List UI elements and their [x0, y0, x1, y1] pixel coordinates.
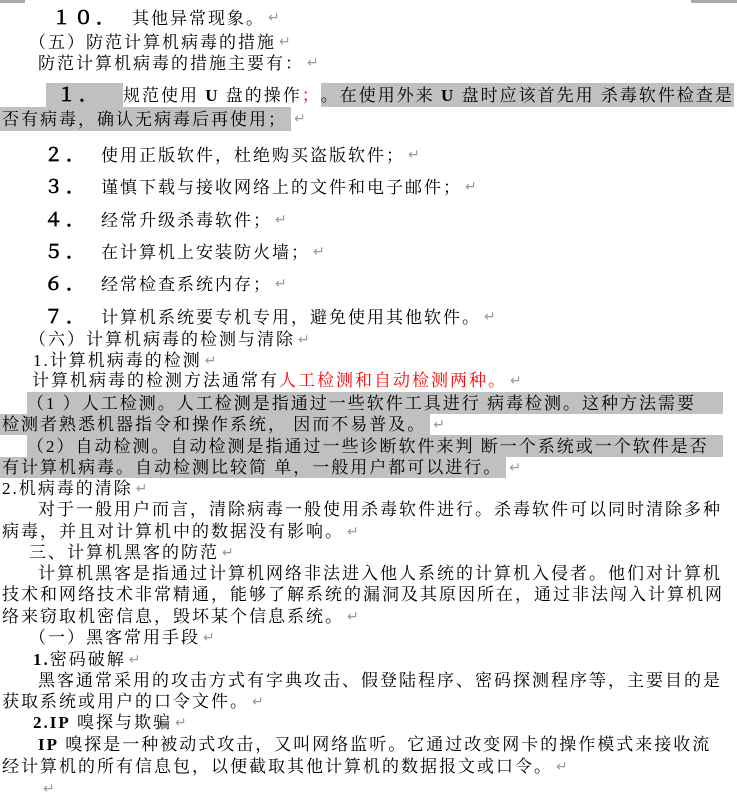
text-run: 经常升级杀毒软件；: [101, 212, 272, 229]
document-page[interactable]: １０． 其他异常现象。 ↵ （五）防范计算机病毒的措施 ↵ 防范计算机病毒的措施…: [0, 0, 737, 799]
sub-heading-line: 1. 密码破解 ↵: [0, 649, 737, 670]
body-line: IP 嗅探是一种被动式攻击，又叫网络监听。它通过改变网卡的操作模式来接收流: [0, 734, 737, 755]
text-run: 谨慎下载与接收网络上的文件和电子邮件；: [101, 179, 462, 196]
text-run: U: [441, 87, 455, 104]
paragraph-mark: ↵: [347, 525, 359, 539]
sub-heading-line: 2.机病毒的清除 ↵: [0, 478, 737, 499]
highlighted-paragraph-line: （1 ）人工检测。人工检测是指通过一些软件工具进行 病毒检测。这种方法需要: [0, 392, 737, 414]
page-edge-left: [0, 0, 25, 3]
spacer: [88, 220, 101, 221]
body-line: 计算机病毒的检测方法通常有 人工检测和自动检测两种。 ↵: [0, 370, 737, 391]
paragraph-mark: ↵: [433, 418, 445, 432]
list-item-2: ２． 使用正版软件，杜绝购买盗版软件； ↵: [0, 143, 737, 167]
list-number: ２．: [44, 146, 88, 165]
spacer: [88, 187, 101, 188]
text-run: 病毒，并且对计算机中的数据没有影响。: [2, 523, 344, 540]
sub-heading-line: 2.IP 嗅探与欺骗 ↵: [0, 712, 737, 733]
spacer: [88, 284, 101, 285]
text-run: 防范计算机病毒的措施主要有：: [38, 55, 304, 72]
paragraph-mark: ↵: [43, 782, 55, 796]
heading-number: 2.IP: [33, 714, 71, 731]
text-run: 计算机系统要专机专用，避免使用其他软件。: [101, 309, 481, 326]
text-run: U: [205, 87, 219, 104]
body-line: 病毒，并且对计算机中的数据没有影响。 ↵: [0, 521, 737, 542]
red-text-run: ；: [302, 87, 321, 104]
list-number: ３．: [44, 178, 88, 197]
text-run: 1.计算机病毒的检测: [33, 352, 202, 369]
paragraph-mark: ↵: [509, 461, 521, 475]
list-item-4: ４． 经常升级杀毒软件； ↵: [0, 208, 737, 232]
list-item-3: ３． 谨慎下载与接收网络上的文件和电子邮件； ↵: [0, 175, 737, 199]
list-item-6: ６． 经常检查系统内存； ↵: [0, 272, 737, 296]
paragraph-mark: ↵: [275, 213, 287, 227]
body-line: 技术和网络技术非常精通，能够了解系统的漏洞及其原因所在，通过非法闯入计算机网: [0, 584, 737, 605]
numbered-heading-line: １０． 其他异常现象。 ↵: [0, 6, 737, 30]
list-item-1-line-2: 否有病毒，确认无病毒后再使用； ↵: [0, 107, 737, 131]
highlighted-text-run: （1 ）人工检测。人工检测是指通过一些软件工具进行 病毒检测。这种方法需要: [27, 392, 723, 414]
text-run: （六）计算机病毒的检测与清除: [29, 331, 295, 348]
list-number: １０．: [52, 9, 118, 28]
paragraph-mark: ↵: [294, 112, 306, 126]
highlighted-paragraph-line: 有计算机病毒。自动检测比较简 单，一般用户都可以进行。 ↵: [0, 457, 737, 478]
list-number: ６．: [44, 275, 88, 294]
body-line: 络来窃取机密信息，毁坏某个信息系统。 ↵: [0, 606, 737, 627]
list-number: ５．: [44, 243, 88, 262]
empty-paragraph-line: ↵: [0, 779, 737, 799]
body-line: 对于一般用户而言，清除病毒一般使用杀毒软件进行。杀毒软件可以同时清除多种: [0, 499, 737, 520]
highlighted-text-run: 有计算机病毒。自动检测比较简 单，一般用户都可以进行。: [0, 457, 506, 478]
paragraph-mark: ↵: [275, 277, 287, 291]
highlighted-text-run: （2）自动检测。自动检测是指通过一些诊断软件来判 断一个系统或一个软件是否: [27, 435, 723, 457]
text-run: 黑客通常采用的攻击方式有字典攻击、假登陆程序、密码探测程序等，主要目的是: [38, 672, 722, 689]
paragraph-mark: ↵: [298, 333, 310, 347]
section-heading-line: （六）计算机病毒的检测与清除 ↵: [0, 329, 737, 350]
highlighted-paragraph-line: 检测者熟悉机器指令和操作系统， 因而不易普及。 ↵: [0, 414, 737, 435]
red-text-run: 人工检测和自动检测两种。: [279, 372, 507, 389]
paragraph-mark: ↵: [222, 546, 234, 560]
paragraph-mark: ↵: [175, 716, 187, 730]
paragraph-mark: ↵: [252, 695, 264, 709]
text-run: 对于一般用户而言，清除病毒一般使用杀毒软件进行。杀毒软件可以同时清除多种: [38, 501, 722, 518]
spacer: [118, 18, 132, 19]
paragraph-mark: ↵: [484, 310, 496, 324]
section-heading-line: 三、计算机黑客的防范 ↵: [0, 542, 737, 563]
paragraph-mark: ↵: [465, 180, 477, 194]
list-number: ４．: [44, 211, 88, 230]
text-run: 嗅探是一种被动式攻击，又叫网络监听。它通过改变网卡的操作模式来接收流: [59, 736, 711, 753]
text-run: 三、计算机黑客的防范: [29, 544, 219, 561]
highlighted-list-number: １．: [46, 83, 123, 107]
paragraph-mark: ↵: [129, 653, 141, 667]
text-run: 盘的操作: [220, 87, 302, 104]
highlighted-paragraph-line: （2）自动检测。自动检测是指通过一些诊断软件来判 断一个系统或一个软件是否: [0, 435, 737, 457]
text-run: 使用正版软件，杜绝购买盗版软件；: [101, 147, 405, 164]
paragraph-mark: ↵: [307, 56, 319, 70]
page-edge-right: [691, 0, 737, 3]
text-run: 获取系统或用户的口令文件。: [2, 693, 249, 710]
text-run: 。在使用外来: [321, 87, 441, 104]
text-run: 计算机黑客是指通过计算机网络非法进入他人系统的计算机入侵者。他们对计算机: [38, 565, 722, 582]
heading-number: 1.: [33, 651, 50, 668]
paragraph-mark: ↵: [136, 482, 148, 496]
paragraph-mark: ↵: [347, 610, 359, 624]
text-run: 规范使用: [123, 87, 205, 104]
text-run: 在计算机上安装防火墙；: [101, 244, 310, 261]
paragraph-mark: ↵: [556, 760, 568, 774]
text-run: 经常检查系统内存；: [101, 276, 272, 293]
text-run: （五）防范计算机病毒的措施: [29, 34, 276, 51]
paragraph-mark: ↵: [279, 35, 291, 49]
spacer: [88, 317, 101, 318]
text-run: 其他异常现象。: [132, 10, 265, 27]
list-number: ７．: [44, 308, 88, 327]
highlighted-text-run: 。在使用外来 U 盘时应该首先用 杀毒软件检查是: [321, 83, 734, 107]
body-line: 黑客通常采用的攻击方式有字典攻击、假登陆程序、密码探测程序等，主要目的是: [0, 670, 737, 691]
highlighted-text-run: 检测者熟悉机器指令和操作系统， 因而不易普及。: [0, 414, 430, 435]
text-run: 计算机病毒的检测方法通常有: [32, 372, 279, 389]
section-heading-line: （五）防范计算机病毒的措施 ↵: [0, 32, 737, 52]
list-item-1-line-1: １． 规范使用 U 盘的操作 ； 。在使用外来 U 盘时应该首先用 杀毒软件检查…: [0, 83, 737, 107]
text-run: 盘时应该首先用 杀毒软件检查是: [455, 87, 734, 104]
spacer: [88, 155, 101, 156]
paragraph-mark: ↵: [205, 354, 217, 368]
highlighted-text-run: 否有病毒，确认无病毒后再使用；: [0, 107, 291, 131]
text-run: 络来窃取机密信息，毁坏某个信息系统。: [2, 608, 344, 625]
paragraph-mark: ↵: [408, 148, 420, 162]
text-run: 技术和网络技术非常精通，能够了解系统的漏洞及其原因所在，通过非法闯入计算机网: [2, 586, 724, 603]
paragraph-mark: ↵: [510, 374, 522, 388]
text-run: （一）黑客常用手段: [29, 629, 200, 646]
sub-heading-line: 1.计算机病毒的检测 ↵: [0, 350, 737, 371]
section-heading-line: （一）黑客常用手段 ↵: [0, 627, 737, 648]
paragraph-mark: ↵: [268, 11, 280, 25]
body-line: 经计算机的所有信息包，以便截取其他计算机的数据报文或口令。 ↵: [0, 756, 737, 777]
spacer: [88, 252, 101, 253]
text-run: 经计算机的所有信息包，以便截取其他计算机的数据报文或口令。: [2, 758, 553, 775]
body-line: 获取系统或用户的口令文件。 ↵: [0, 691, 737, 712]
list-item-7: ７． 计算机系统要专机专用，避免使用其他软件。 ↵: [0, 305, 737, 329]
text-run: 密码破解: [50, 651, 126, 668]
body-line: 计算机黑客是指通过计算机网络非法进入他人系统的计算机入侵者。他们对计算机: [0, 563, 737, 584]
text-run: IP: [38, 736, 59, 753]
list-item-5: ５． 在计算机上安装防火墙； ↵: [0, 240, 737, 264]
text-run: 2.机病毒的清除: [2, 480, 133, 497]
body-line: 防范计算机病毒的措施主要有： ↵: [0, 53, 737, 73]
paragraph-mark: ↵: [203, 631, 215, 645]
paragraph-mark: ↵: [313, 245, 325, 259]
text-run: 嗅探与欺骗: [71, 714, 172, 731]
